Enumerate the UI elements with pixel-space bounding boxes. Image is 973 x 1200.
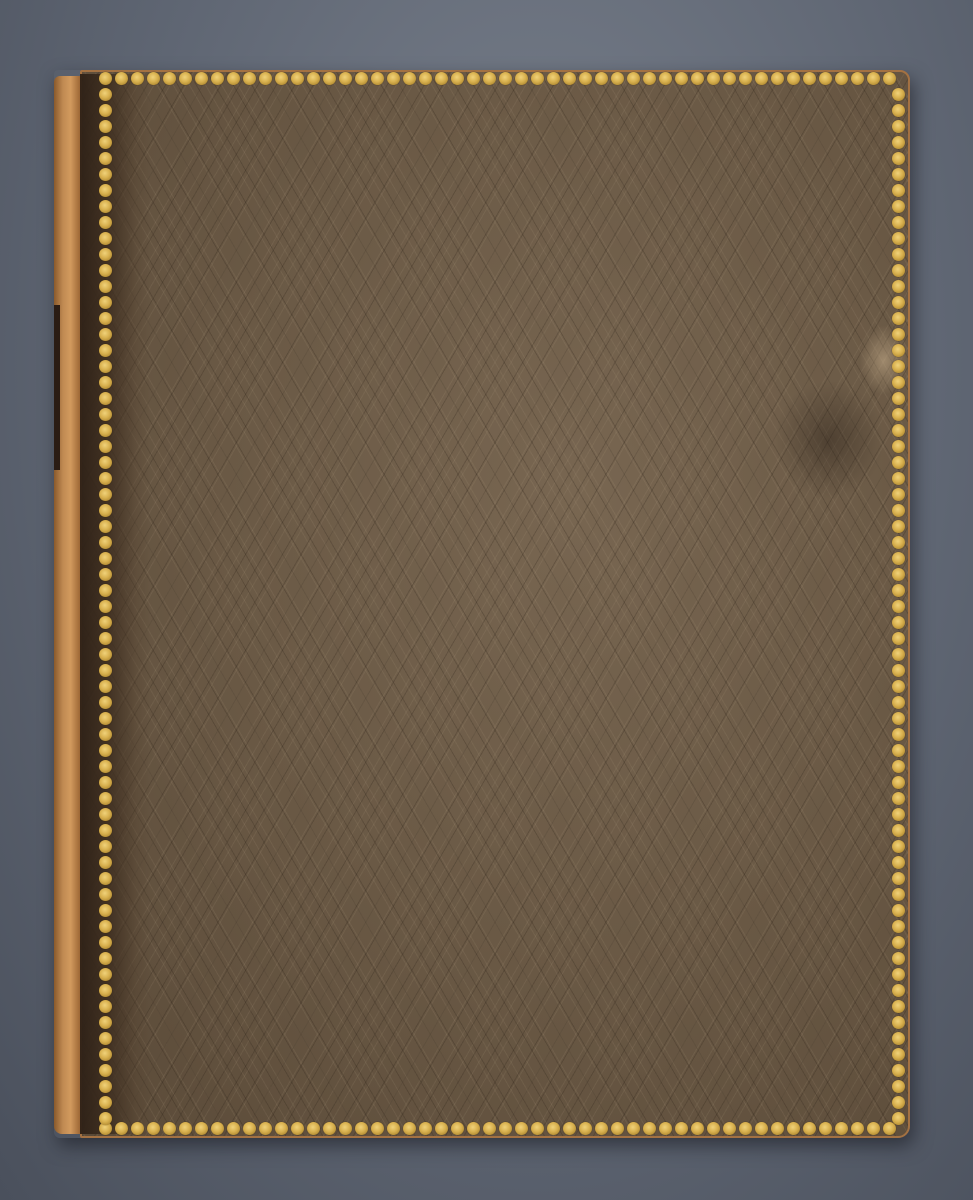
book-cover xyxy=(80,70,910,1138)
cover-hinge-shadow xyxy=(80,74,150,1134)
dark-stain xyxy=(774,380,884,500)
book xyxy=(54,70,910,1138)
spine-gap xyxy=(54,305,60,470)
